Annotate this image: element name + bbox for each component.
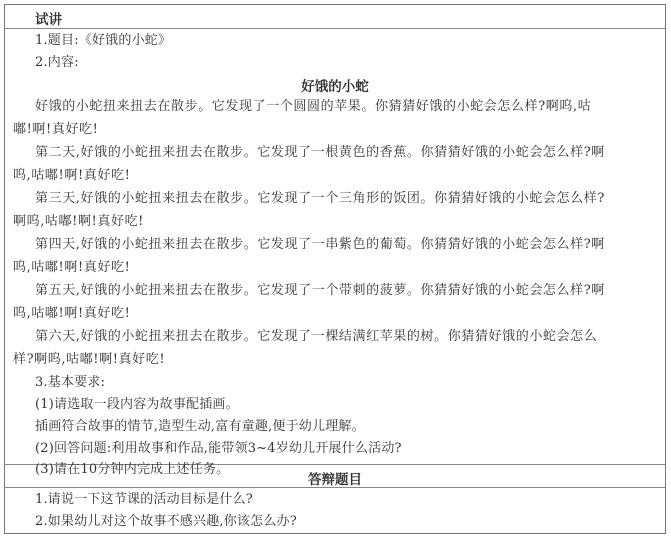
defense-questions-heading: 答辩题目: [308, 468, 362, 488]
trial-lecture-header-row: 试讲: [5, 5, 665, 29]
topic-line: 1.题目:《好饿的小蛇》: [35, 33, 171, 49]
defense-questions-header-row: 答辩题目: [5, 465, 665, 488]
story-line: 呜,咕嘟!啊!真好吃!: [13, 306, 130, 322]
story-line: 第三天,好饿的小蛇扭来扭去在散步。它发现了一个三角形的饭团。你猜猜好饿的小蛇会怎…: [35, 191, 605, 207]
content-label: 2.内容:: [35, 55, 79, 71]
requirement-item: (1)请选取一段内容为故事配插画。: [35, 397, 239, 413]
story-line: 呜,咕嘟!啊!真好吃!: [13, 260, 130, 276]
question-item: 2.如果幼儿对这个故事不感兴趣,你该怎么办?: [35, 514, 297, 530]
requirement-item: (2)回答问题:利用故事和作品,能带领3~4岁幼儿开展什么活动?: [35, 441, 402, 457]
story-title: 好饿的小蛇: [5, 75, 665, 95]
story-line: 嘟!啊!真好吃!: [13, 122, 98, 138]
exam-table: 试讲 1.题目:《好饿的小蛇》 2.内容: 好饿的小蛇 好饿的小蛇扭来扭去在散步…: [4, 4, 666, 534]
trial-lecture-content: 1.题目:《好饿的小蛇》 2.内容: 好饿的小蛇 好饿的小蛇扭来扭去在散步。它发…: [5, 29, 665, 465]
story-line: 第四天,好饿的小蛇扭来扭去在散步。它发现了一串紫色的葡萄。你猜猜好饿的小蛇会怎么…: [35, 237, 605, 253]
story-line: 样?啊呜,咕嘟!啊!真好吃!: [13, 352, 165, 368]
story-line: 好饿的小蛇扭来扭去在散步。它发现了一个圆圆的苹果。你猜猜好饿的小蛇会怎么样?啊呜…: [35, 99, 591, 115]
trial-lecture-heading: 试讲: [35, 8, 62, 28]
story-line: 第五天,好饿的小蛇扭来扭去在散步。它发现了一个带刺的菠萝。你猜猜好饿的小蛇会怎么…: [35, 283, 605, 299]
requirement-item: 插画符合故事的情节,造型生动,富有童趣,便于幼儿理解。: [35, 419, 365, 435]
story-line: 第六天,好饿的小蛇扭来扭去在散步。它发现了一棵结满红苹果的树。你猜猜好饿的小蛇会…: [35, 329, 597, 345]
story-line: 呜,咕嘟!啊!真好吃!: [13, 168, 130, 184]
question-item: 1.请说一下这节课的活动目标是什么?: [35, 492, 253, 508]
defense-questions-content: 1.请说一下这节课的活动目标是什么? 2.如果幼儿对这个故事不感兴趣,你该怎么办…: [5, 488, 665, 533]
story-line: 啊呜,咕嘟!啊!真好吃!: [13, 214, 144, 230]
requirements-label: 3.基本要求:: [35, 375, 105, 391]
story-line: 第二天,好饿的小蛇扭来扭去在散步。它发现了一根黄色的香蕉。你猜猜好饿的小蛇会怎么…: [35, 145, 605, 161]
